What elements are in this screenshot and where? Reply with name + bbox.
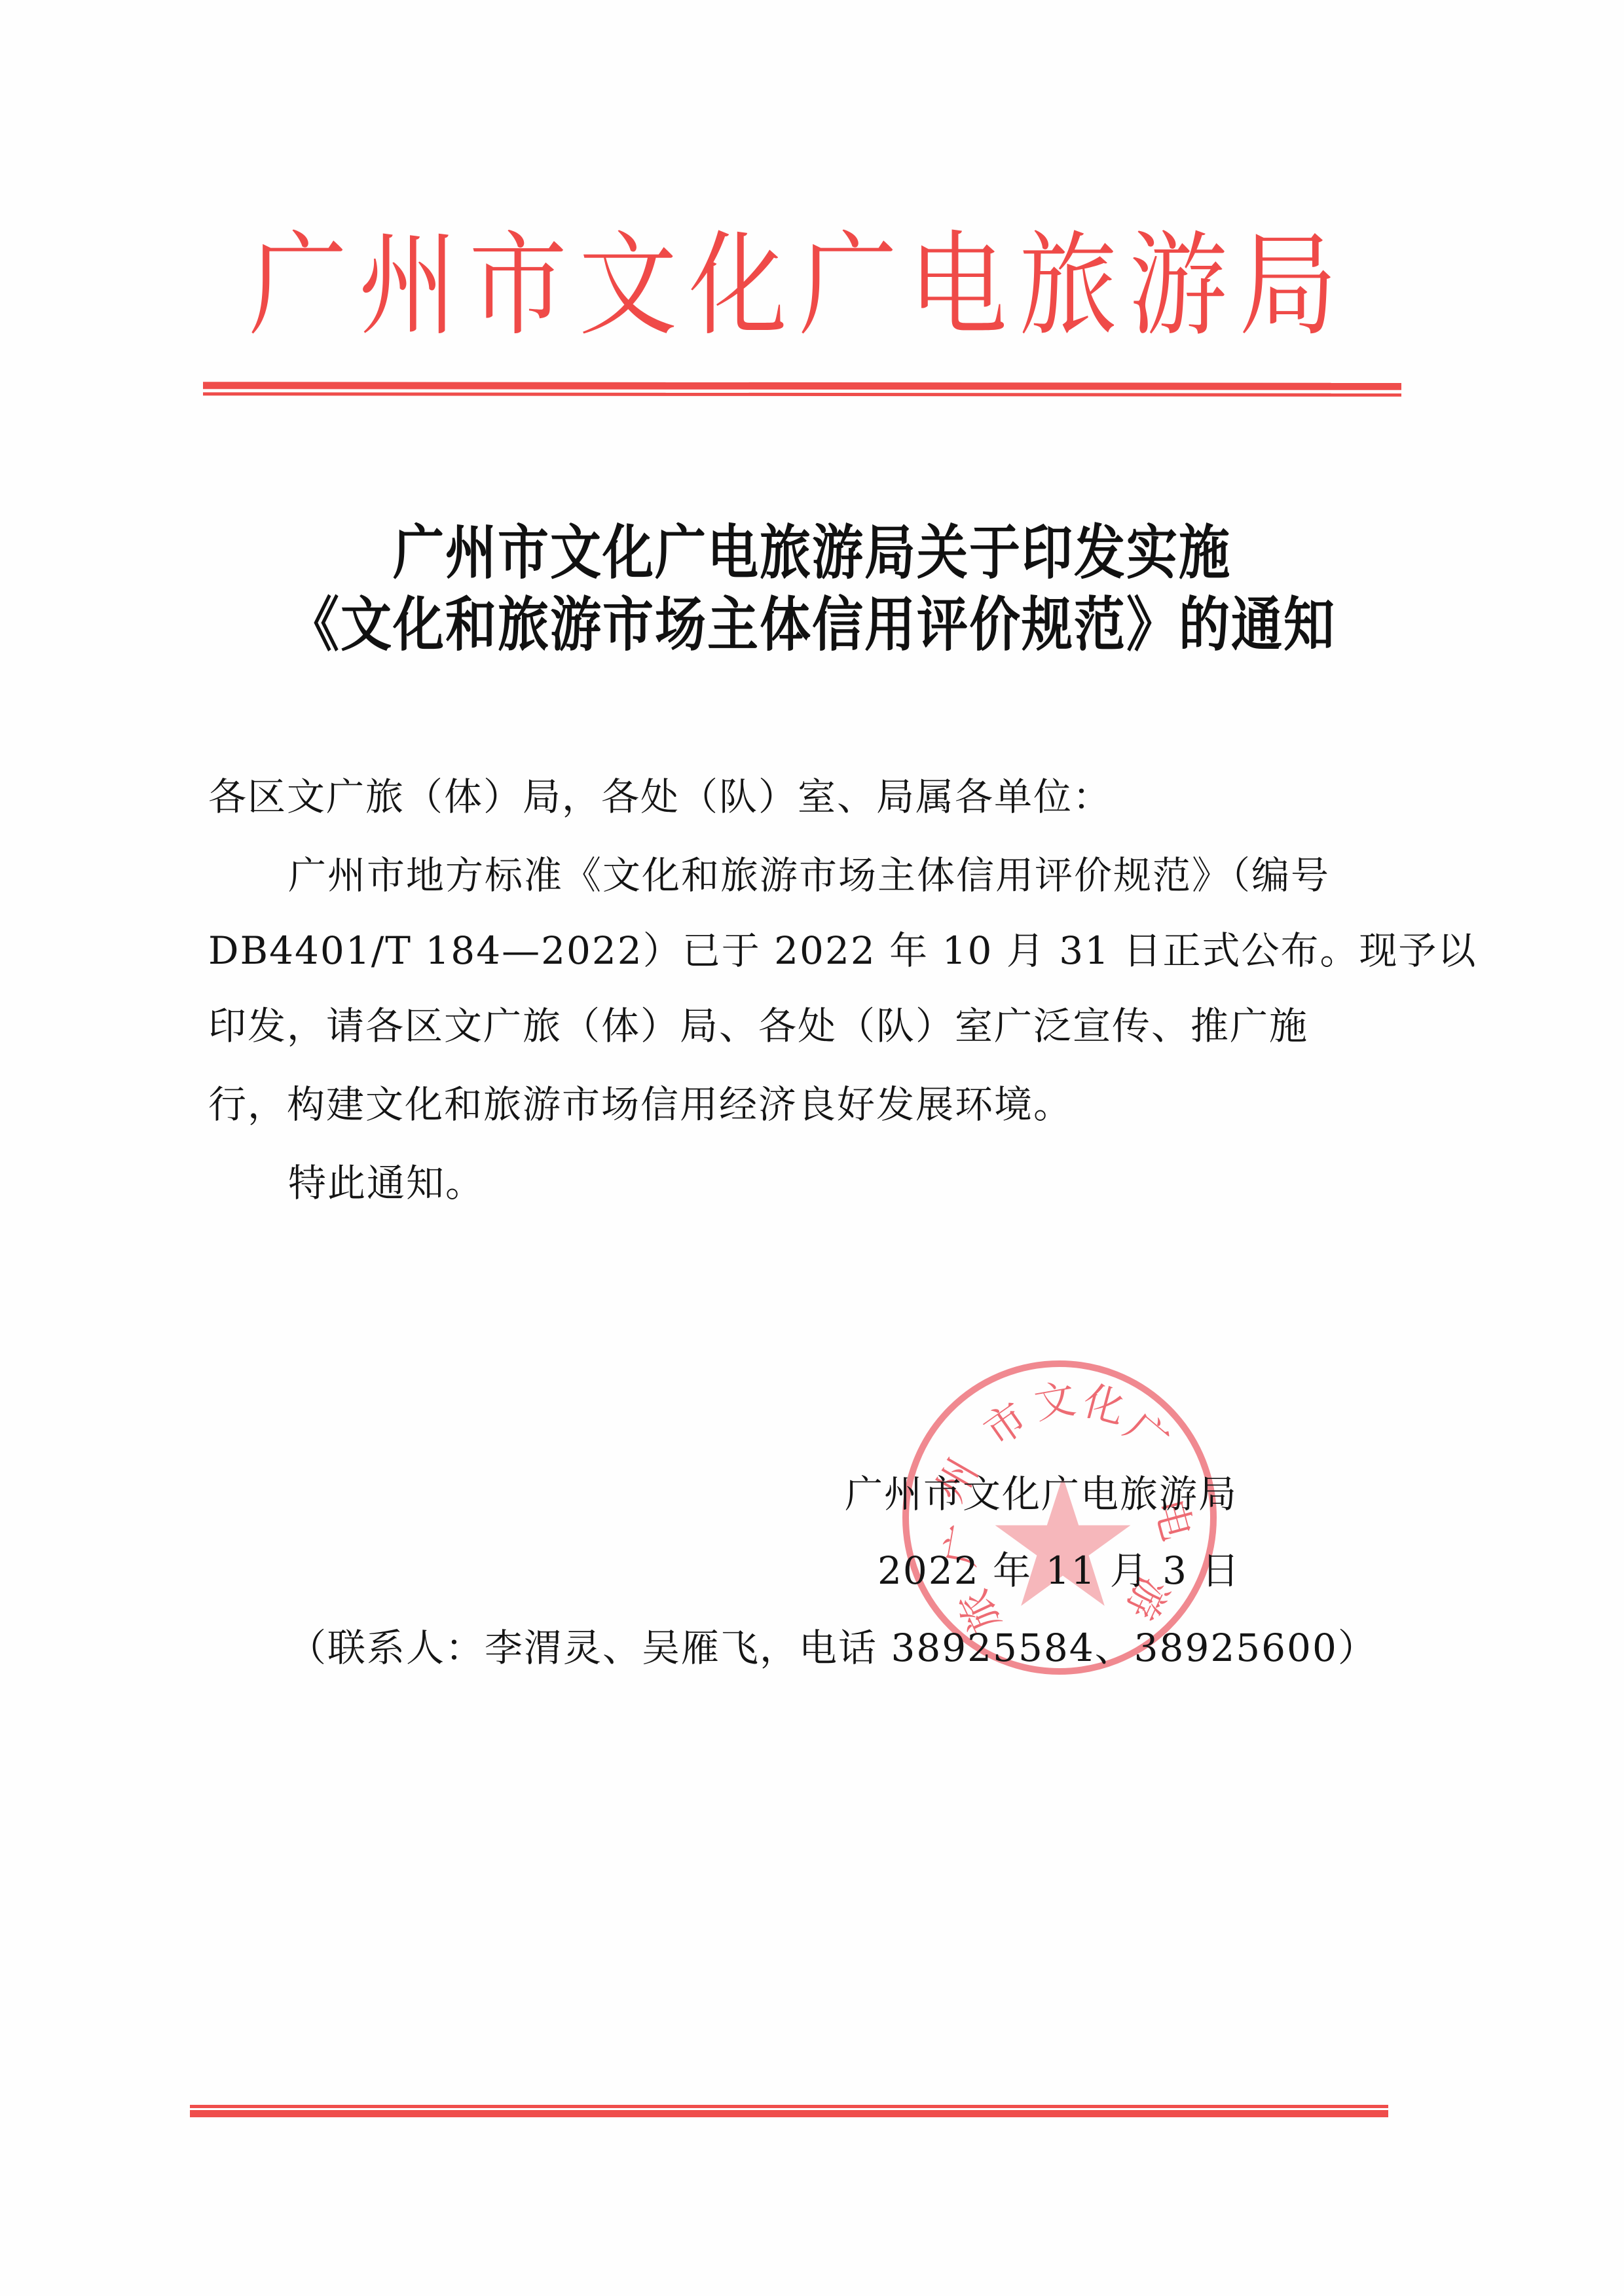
masthead-issuer: 广州市文化广电旅游局 (249, 221, 1329, 352)
signature-organization: 广州市文化广电旅游局 (845, 1463, 1624, 1518)
title-line-2: 《文化和旅游市场主体信用评价规范》的通知 (196, 584, 1428, 667)
paragraph-line: 印发，请各区文广旅（体）局、各处（队）室广泛宣传、推广施 (208, 995, 1387, 1050)
title-line-1: 广州市文化广电旅游局关于印发实施 (196, 512, 1428, 595)
signature-date: 2022 年 11 月 3 日 (877, 1540, 1624, 1595)
closing-line: 特此通知。 (288, 1152, 1467, 1207)
footer-rule-thick (190, 2110, 1388, 2117)
paragraph-line: 广州市地方标准《文化和旅游市场主体信用评价规范》（编号 (288, 845, 1467, 900)
document-title: 广州市文化广电旅游局关于印发实施 《文化和旅游市场主体信用评价规范》的通知 (196, 517, 1428, 661)
contact-info: （联系人：李渭灵、吴雁飞，电话 38925584、38925600） (288, 1617, 1467, 1672)
document-page: 广州市文化广电旅游局 广州市文化广电旅游局关于印发实施 《文化和旅游市场主体信用… (0, 0, 1624, 2296)
footer-rule-thin (190, 2105, 1388, 2108)
masthead-rule-thick (203, 382, 1401, 390)
masthead-rule-thin (203, 392, 1401, 397)
paragraph-line: DB4401/T 184—2022）已于 2022 年 10 月 31 日正式公… (208, 920, 1387, 975)
salutation: 各区文广旅（体）局，各处（队）室、局属各单位： (208, 766, 1387, 821)
seal-character: 文 (1031, 1378, 1079, 1425)
paragraph-line: 行，构建文化和旅游市场信用经济良好发展环境。 (208, 1074, 1387, 1129)
